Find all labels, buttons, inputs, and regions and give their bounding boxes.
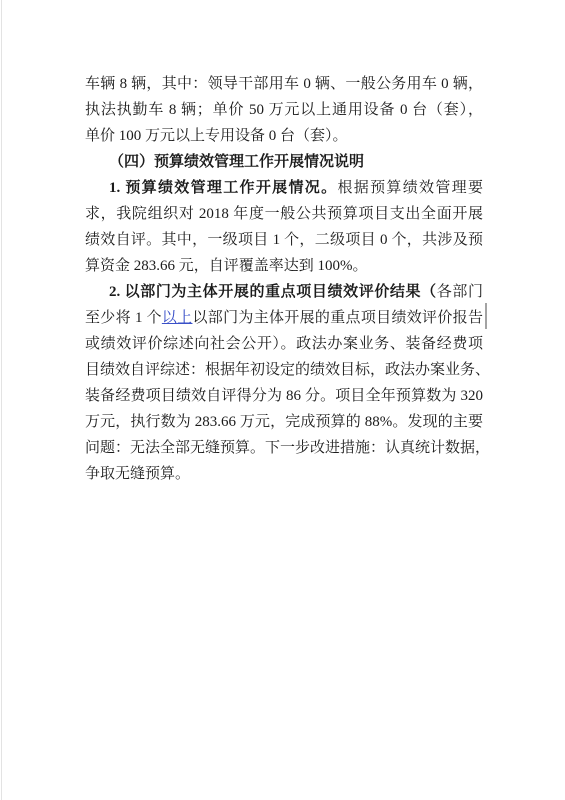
text-segment: 算资金 283.66 元，自评覆盖率达到 100%。 bbox=[85, 258, 368, 274]
text-segment: 万元，执行数为 283.66 万元，完成预算的 88%。发现的主要 bbox=[85, 414, 483, 430]
text-line: 单价 100 万元以上专用设备 0 台（套）。 bbox=[85, 123, 483, 149]
text-line: （四）预算绩效管理工作开展情况说明 bbox=[85, 149, 483, 175]
text-line: 求，我院组织对 2018 年度一般公共预算项目支出全面开展 bbox=[85, 201, 483, 227]
text-segment: 争取无缝预算。 bbox=[85, 466, 190, 482]
text-segment: 各部门 bbox=[437, 284, 483, 300]
text-line: 目绩效自评综述：根据年初设定的绩效目标，政法办案业务、 bbox=[85, 357, 483, 383]
text-segment: 执法执勤车 8 辆；单价 50 万元以上通用设备 0 台（套）， bbox=[85, 102, 483, 118]
document-page: 车辆 8 辆，其中：领导干部用车 0 辆、一般公务用车 0 辆，执法执勤车 8 … bbox=[0, 0, 565, 800]
text-segment: 问题：无法全部无缝预算。下一步改进措施：认真统计数据， bbox=[85, 440, 490, 456]
text-cursor bbox=[485, 303, 487, 329]
text-segment: 绩效自评。其中，一级项目 1 个，二级项目 0 个，共涉及预 bbox=[85, 232, 483, 248]
text-segment: 求，我院组织对 2018 年度一般公共预算项目支出全面开展 bbox=[85, 206, 483, 222]
text-line: 车辆 8 辆，其中：领导干部用车 0 辆、一般公务用车 0 辆， bbox=[85, 71, 483, 97]
text-segment: （四）预算绩效管理工作开展情况说明 bbox=[109, 154, 364, 170]
text-line: 或绩效评价综述向社会公开）。政法办案业务、装备经费项 bbox=[85, 331, 483, 357]
text-line: 至少将 1 个以上以部门为主体开展的重点项目绩效评价报告 bbox=[85, 305, 483, 331]
text-segment: 以部门为主体开展的重点项目绩效评价报告 bbox=[192, 310, 483, 326]
text-line: 算资金 283.66 元，自评覆盖率达到 100%。 bbox=[85, 253, 483, 279]
text-segment: 2. 以部门为主体开展的重点项目绩效评价结果（ bbox=[109, 284, 437, 300]
text-segment: 单价 100 万元以上专用设备 0 台（套）。 bbox=[85, 128, 348, 144]
text-line: 万元，执行数为 283.66 万元，完成预算的 88%。发现的主要 bbox=[85, 409, 483, 435]
text-line: 绩效自评。其中，一级项目 1 个，二级项目 0 个，共涉及预 bbox=[85, 227, 483, 253]
text-line: 执法执勤车 8 辆；单价 50 万元以上通用设备 0 台（套）， bbox=[85, 97, 483, 123]
text-line: 问题：无法全部无缝预算。下一步改进措施：认真统计数据， bbox=[85, 435, 483, 461]
text-segment: 或绩效评价综述向社会公开）。政法办案业务、装备经费项 bbox=[85, 336, 483, 352]
text-segment: 车辆 8 辆，其中：领导干部用车 0 辆、一般公务用车 0 辆， bbox=[85, 76, 483, 92]
text-line: 争取无缝预算。 bbox=[85, 461, 483, 487]
document-text: 车辆 8 辆，其中：领导干部用车 0 辆、一般公务用车 0 辆，执法执勤车 8 … bbox=[85, 71, 483, 487]
page-edge bbox=[1, 0, 2, 800]
text-segment: 目绩效自评综述：根据年初设定的绩效目标，政法办案业务、 bbox=[85, 362, 490, 378]
text-segment: 至少将 1 个 bbox=[85, 310, 162, 326]
text-segment: 根据预算绩效管理要 bbox=[337, 180, 483, 196]
text-line: 装备经费项目绩效自评得分为 86 分。项目全年预算数为 320 bbox=[85, 383, 483, 409]
text-line: 1. 预算绩效管理工作开展情况。根据预算绩效管理要 bbox=[85, 175, 483, 201]
text-line: 2. 以部门为主体开展的重点项目绩效评价结果（各部门 bbox=[85, 279, 483, 305]
hyperlink-text[interactable]: 以上 bbox=[162, 310, 193, 326]
text-segment: 装备经费项目绩效自评得分为 86 分。项目全年预算数为 320 bbox=[85, 388, 483, 404]
text-segment: 1. 预算绩效管理工作开展情况。 bbox=[109, 180, 337, 196]
